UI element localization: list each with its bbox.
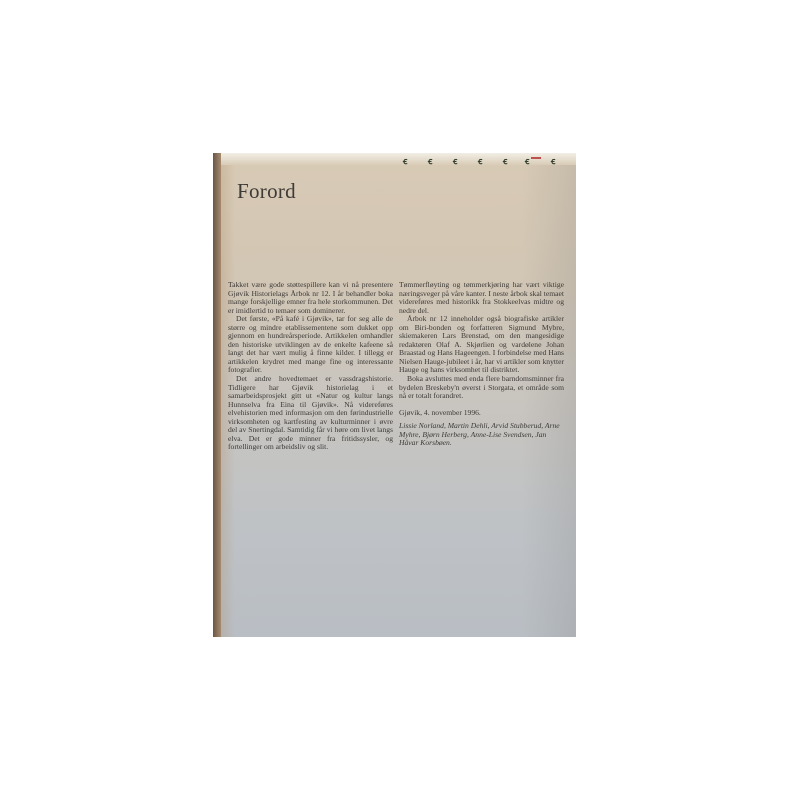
text-column-left: Takket være gode støttespillere kan vi n… (228, 281, 393, 452)
book-page-photo: ꞓꞓꞓ ꞓꞓꞓ ꞓ Forord Takket være gode støtte… (213, 153, 576, 637)
paragraph: Takket være gode støttespillere kan vi n… (228, 281, 393, 315)
dateline: Gjøvik, 4. november 1996. (399, 409, 564, 418)
paragraph: Tømmerfløyting og tømmerkjøring har vært… (399, 281, 564, 315)
paragraph: Det andre hovedtemaet er vassdragshistor… (228, 375, 393, 452)
paragraph: Årbok nr 12 inneholder også biografiske … (399, 315, 564, 375)
signatures: Lissie Norland, Martin Dehli, Arvid Stub… (399, 422, 564, 448)
adjacent-page-edge: ꞓꞓꞓ ꞓꞓꞓ ꞓ (213, 153, 576, 165)
paragraph: Boka avsluttes med enda flere barndomsmi… (399, 375, 564, 401)
paragraph: Det første, «På kafé i Gjøvik», tar for … (228, 315, 393, 375)
text-column-right: Tømmerfløyting og tømmerkjøring har vært… (399, 281, 564, 448)
page-title: Forord (237, 179, 296, 204)
